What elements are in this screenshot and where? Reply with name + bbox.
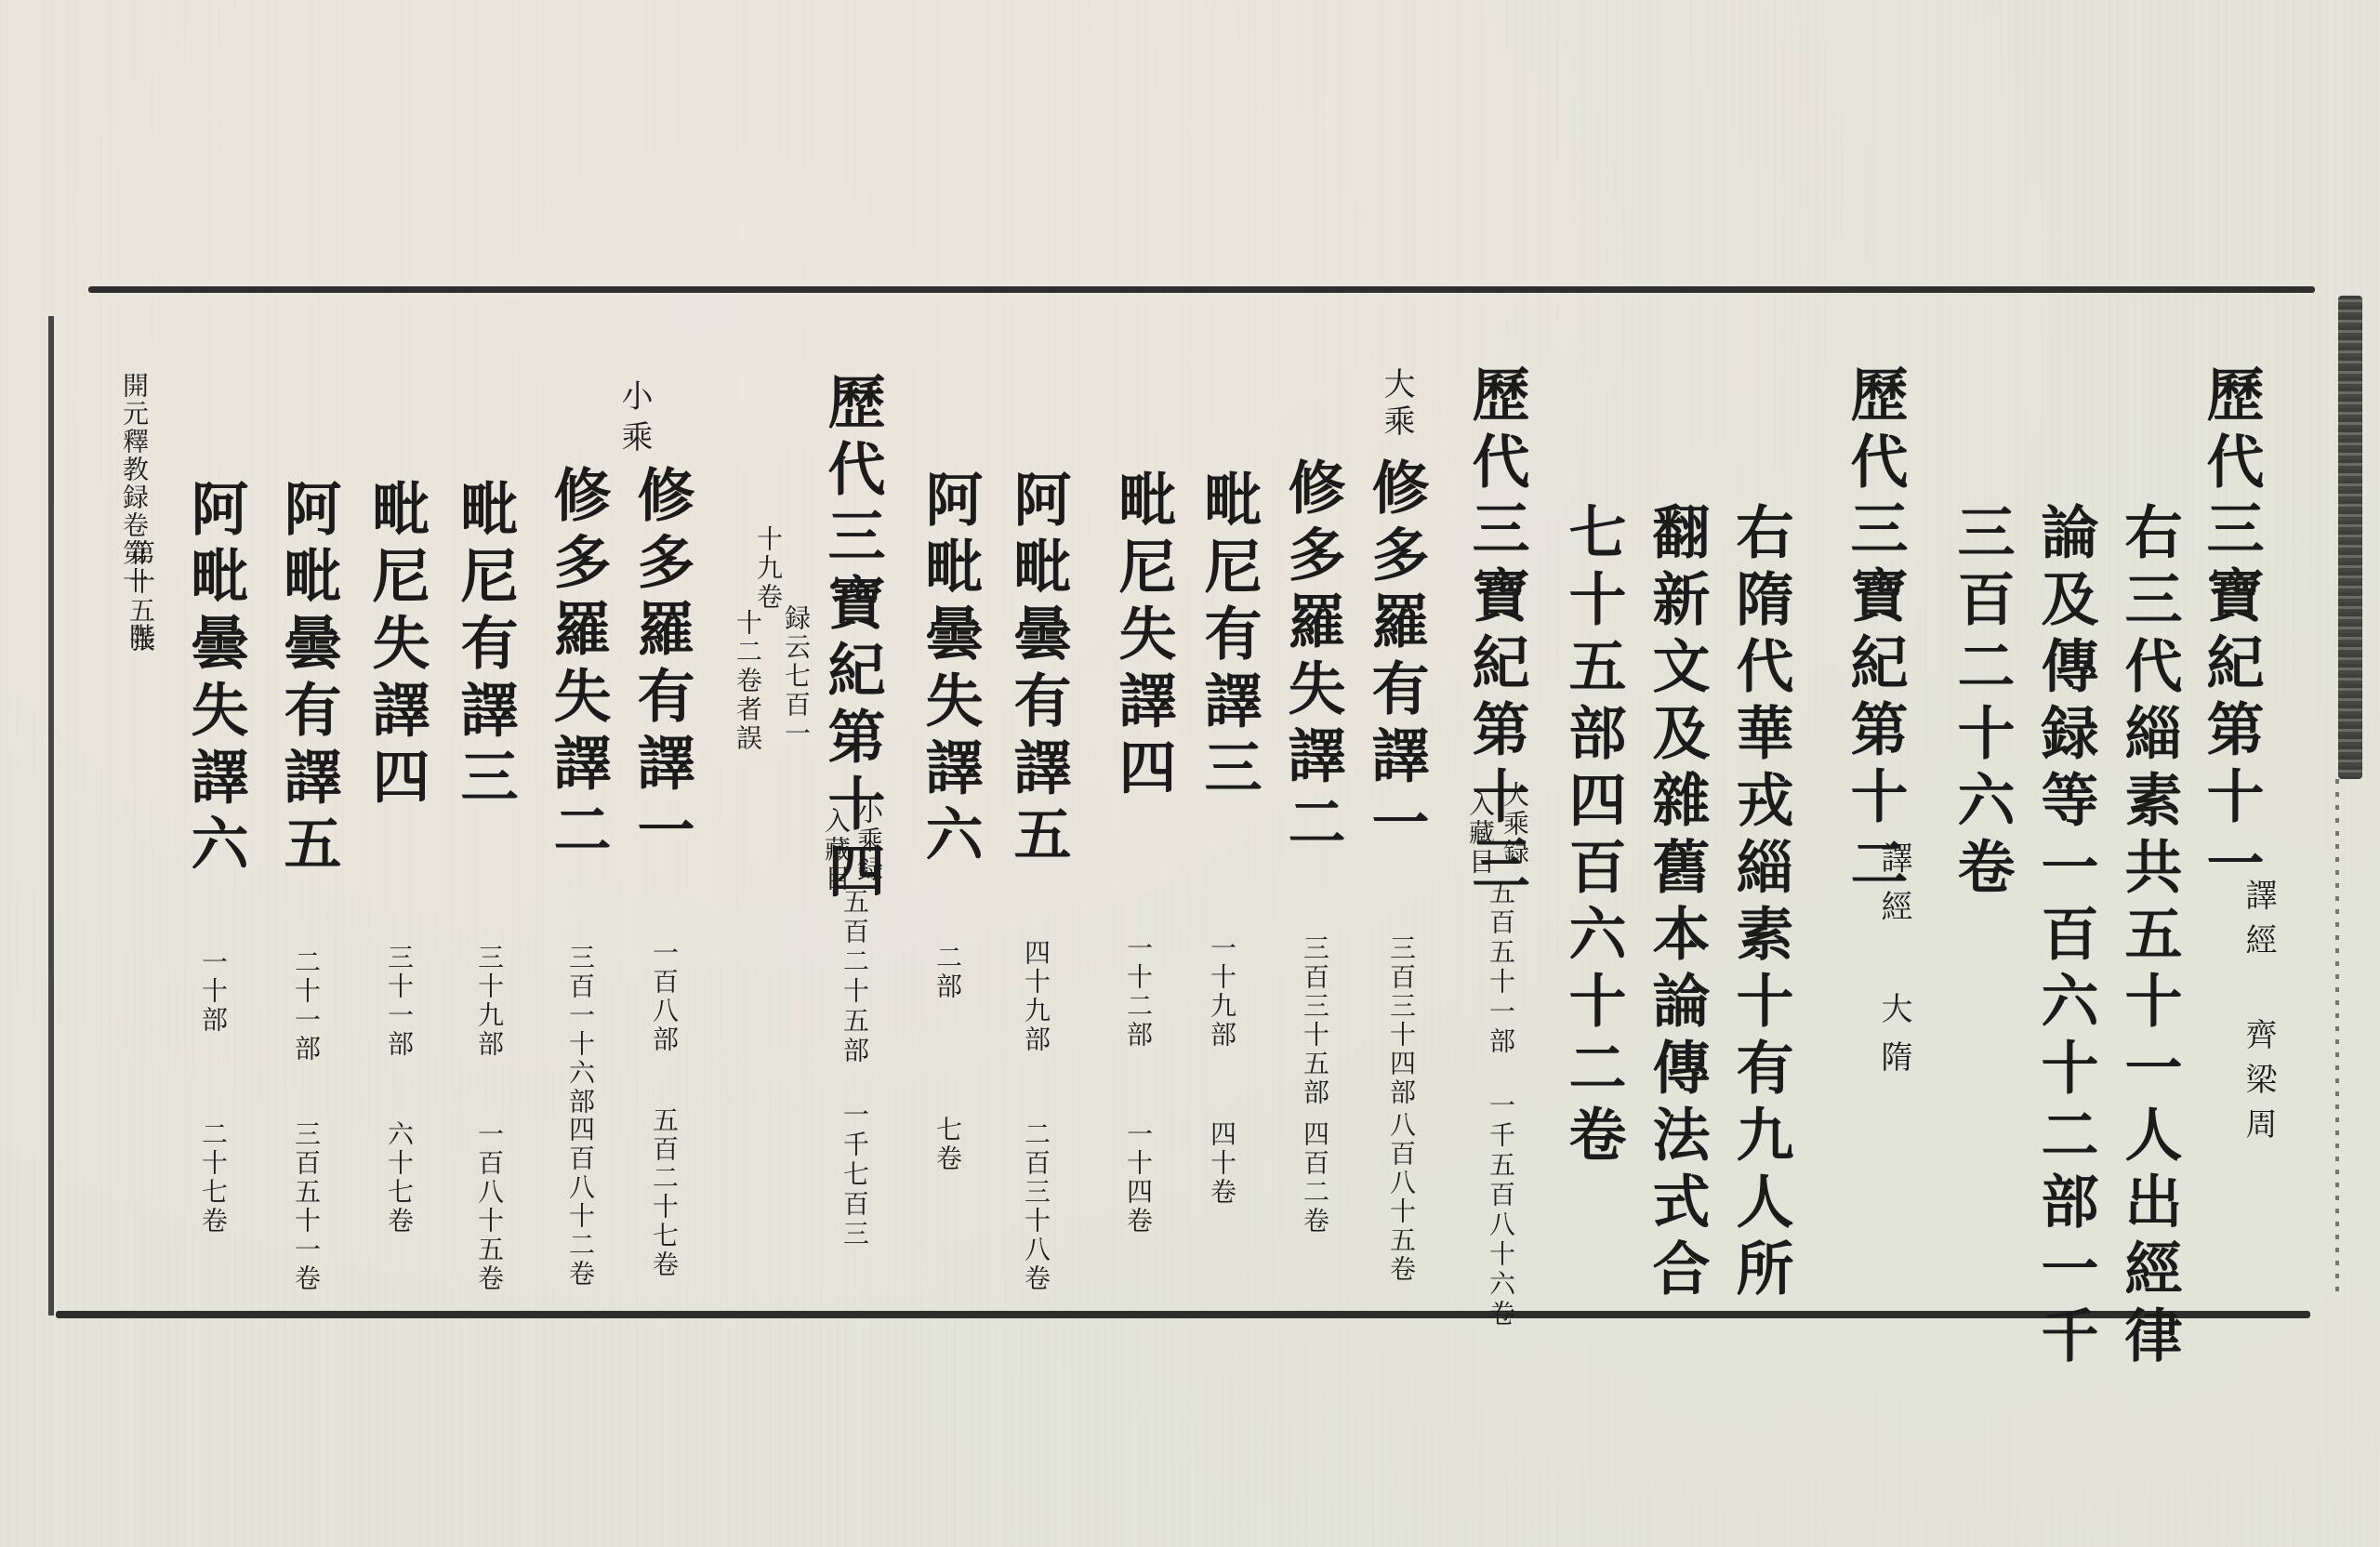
hinayana-row-4-title: 毗尼失譯四 — [367, 479, 425, 813]
mahayana-row-6-volumes: 七卷 — [934, 1116, 960, 1173]
mahayana-row-3-title: 毗尼有譯三 — [1199, 469, 1257, 804]
mahayana-row-3-parts: 一十九部 — [1209, 934, 1235, 1050]
section-11-summary-line3: 三百二十六卷 — [1952, 502, 2010, 904]
section-11-heading-note: 譯經 齊梁周 — [2242, 879, 2274, 1152]
hinayana-row-3-parts: 三十九部 — [476, 944, 502, 1059]
hinayana-row-3-volumes: 一百八十五卷 — [476, 1120, 502, 1293]
section-12-summary-line3: 七十五部四百六十二卷 — [1564, 502, 1621, 1171]
section-14-total-note-b: 録云七百一 — [783, 604, 809, 748]
mahayana-row-5-title: 阿毗曇有譯五 — [1009, 469, 1066, 871]
mahayana-row-2-volumes: 四百二卷 — [1302, 1120, 1328, 1236]
mahayana-row-1-title: 修多羅有譯一 — [1367, 457, 1424, 859]
section-13-total: 五百五十一部 一千五百八十六卷 — [1487, 879, 1514, 1329]
section-12-heading-note: 譯經 大隋 — [1878, 841, 1910, 1089]
hinayana-row-5-parts: 二十一部 — [293, 948, 319, 1064]
section-12-summary-line1: 右隋代華戎緇素十有九人所 — [1731, 502, 1789, 1305]
section-11-heading: 歷代三寶紀第十一 — [2201, 364, 2259, 900]
hinayana-row-1-volumes: 五百二十七卷 — [651, 1106, 677, 1279]
frame-border-right-dotted — [2335, 779, 2339, 1300]
section-14-total-note-a: 十九卷 — [755, 525, 781, 612]
hinayana-row-4-parts: 三十一部 — [386, 944, 412, 1059]
mahayana-row-4-title: 毗尼失譯四 — [1114, 469, 1171, 804]
hinayana-row-6-parts: 一十部 — [200, 948, 226, 1035]
section-14-heading-note-a: 小乘録 — [855, 798, 881, 884]
mahayana-row-1-volumes: 八百八十五卷 — [1388, 1111, 1414, 1284]
section-11-summary-line1: 右三代緇素共五十一人出經律 — [2120, 502, 2177, 1372]
section-14-total: 五百二十五部 一千七百三 — [841, 888, 867, 1249]
mahayana-row-6-parts: 二部 — [934, 944, 960, 1001]
footer-carver-mark: 陛 — [127, 623, 153, 652]
hinayana-row-6-volumes: 二十七卷 — [200, 1120, 226, 1236]
section-12-heading: 歷代三寶紀第十二 — [1845, 364, 1903, 900]
mahayana-row-5-volumes: 二百三十八卷 — [1023, 1120, 1049, 1293]
mahayana-row-2-parts: 三百三十五部 — [1302, 934, 1328, 1107]
section-13-heading-note-b: 入藏目 — [1467, 790, 1493, 877]
mahayana-row-4-volumes: 一十四卷 — [1125, 1120, 1151, 1236]
mahayana-row-2-title: 修多羅失譯二 — [1283, 457, 1341, 859]
section-14-total-note-c: 十二卷者誤 — [734, 609, 760, 753]
hinayana-row-1-title: 修多羅有譯一 — [632, 465, 690, 866]
section-13-heading-note-a: 大乘録 — [1501, 781, 1527, 867]
hinayana-row-5-title: 阿毗曇有譯五 — [279, 479, 337, 880]
mahayana-row-3-volumes: 四十卷 — [1209, 1120, 1235, 1207]
mahayana-row-1-parts: 三百三十四部 — [1388, 934, 1414, 1107]
hinayana-row-3-title: 毗尼有譯三 — [456, 479, 513, 813]
section-13-category-label: 大乘 — [1381, 367, 1412, 442]
mahayana-row-5-parts: 四十九部 — [1023, 939, 1049, 1054]
frame-border-bottom — [56, 1311, 2310, 1318]
hinayana-row-6-title: 阿毗曇失譯六 — [186, 479, 244, 880]
mahayana-row-6-title: 阿毗曇失譯六 — [920, 469, 978, 871]
hinayana-row-1-parts: 一百八部 — [651, 939, 677, 1054]
section-11-summary-line2: 論及傳録等一百六十二部一千 — [2036, 502, 2094, 1372]
hinayana-row-2-parts: 三百一十六部 — [567, 944, 593, 1117]
hinayana-row-2-title: 修多羅失譯二 — [549, 465, 606, 866]
frame-border-left — [48, 316, 54, 1316]
mahayana-row-4-parts: 一十二部 — [1125, 934, 1151, 1050]
section-14-heading-note-b: 入藏目 — [823, 807, 849, 893]
hinayana-row-2-volumes: 四百八十二卷 — [567, 1116, 593, 1289]
section-12-summary-line2: 翻新文及雜舊本論傳法式合 — [1647, 502, 1705, 1305]
hinayana-row-4-volumes: 六十七卷 — [386, 1120, 412, 1236]
section-14-category-label: 小乘 — [618, 379, 650, 461]
frame-border-right — [2338, 296, 2362, 779]
frame-border-top — [88, 286, 2315, 293]
hinayana-row-5-volumes: 三百五十一卷 — [293, 1120, 319, 1293]
